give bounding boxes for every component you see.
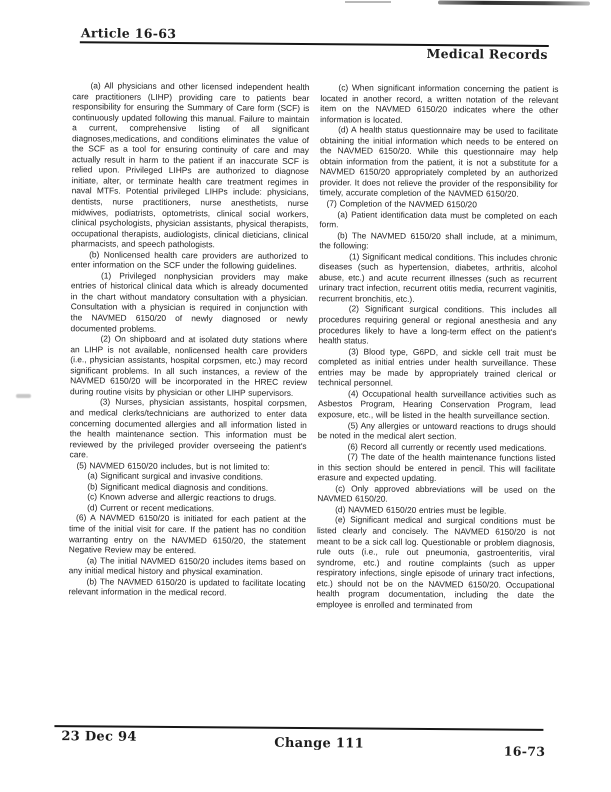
paragraph: (1) Privileged nonphysician providers ma…	[71, 270, 308, 335]
paragraph: (4) Occupational health surveillance act…	[318, 388, 556, 422]
footer-page-number: 16-73	[504, 744, 546, 759]
paragraph: (3) Nurses, physician assistants, hospit…	[70, 397, 307, 462]
paragraph: (3) Blood type, G6PD, and sickle cell tr…	[318, 346, 556, 390]
header-section-title: Medical Records	[426, 46, 547, 62]
paragraph: (a) All physicians and other licensed in…	[71, 80, 309, 251]
paragraph: (c) Only approved abbreviations will be …	[317, 483, 555, 506]
paragraph: (2) On shipboard and at isolated duty st…	[70, 333, 307, 398]
page-content: Article 16-63 Medical Records (a) All ph…	[0, 0, 611, 792]
paragraph: (d) A health status questionnaire may be…	[320, 124, 559, 200]
paragraph: (7) The date of the health maintenance f…	[317, 451, 555, 485]
right-column: (c) When significant information concern…	[316, 82, 558, 611]
paragraph: (b) The NAVMED 6150/20 is updated to fac…	[68, 576, 305, 599]
footer-change-number: Change 111	[274, 736, 364, 752]
paragraph: (2) Significant surgical conditions. Thi…	[318, 304, 556, 348]
paragraph: (a) The initial NAVMED 6150/20 includes …	[69, 555, 306, 578]
paragraph: (b) The NAVMED 6150/20 shall include, at…	[319, 230, 557, 253]
scanned-document-page: { "page": { "background_color": "#ffffff…	[0, 0, 611, 792]
footer-date: 23 Dec 94	[61, 729, 137, 745]
paragraph: (6) A NAVMED 6150/20 is initiated for ea…	[69, 513, 306, 557]
paragraph: (1) Significant medical conditions. This…	[319, 251, 557, 306]
paragraph: (b) Nonlicensed health care providers ar…	[71, 249, 308, 272]
paragraph: (c) When significant information concern…	[320, 82, 558, 126]
paragraph: (5) Any allergies or untoward reactions …	[318, 420, 556, 443]
page: Article 16-63 Medical Records (a) All ph…	[0, 0, 611, 792]
paragraph: (a) Patient identification data must be …	[319, 209, 557, 232]
paragraph: (e) Significant medical and surgical con…	[316, 515, 555, 612]
header-article-number: Article 16-63	[81, 25, 176, 41]
left-column: (a) All physicians and other licensed in…	[68, 80, 309, 599]
